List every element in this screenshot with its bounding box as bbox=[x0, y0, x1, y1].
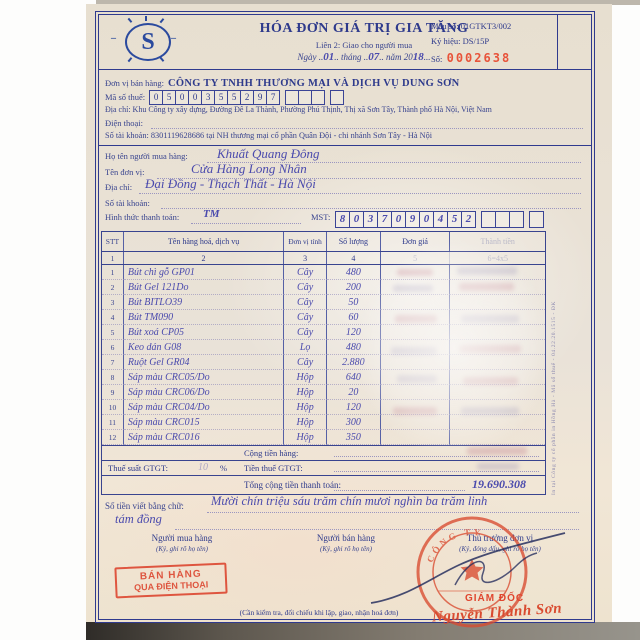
logo-ray bbox=[160, 57, 164, 62]
row-qty: 480 bbox=[327, 265, 381, 280]
tax-digit-empty bbox=[311, 90, 325, 105]
table-row: 9 Sáp màu CRC06/Do Hộp 20 bbox=[102, 385, 545, 400]
date-year: 18 bbox=[413, 51, 424, 63]
logo-dash: – bbox=[111, 33, 116, 44]
seller-account: 8301119628686 tại NH thương mại cổ phần … bbox=[151, 131, 432, 140]
dotted-line bbox=[139, 193, 581, 194]
row-name: Bút chì gỗ GP01 bbox=[124, 265, 284, 280]
table-row: 1 Bút chì gỗ GP01 Cây 480 bbox=[102, 265, 545, 280]
row-amount bbox=[450, 340, 545, 355]
mst-digit: 0 bbox=[396, 213, 402, 225]
dotted-line bbox=[334, 456, 539, 457]
vat-rate-value: 10 bbox=[198, 462, 208, 473]
tax-digit: 3 bbox=[201, 90, 215, 105]
logo-dash: – bbox=[171, 33, 176, 44]
table-row: 12 Sáp màu CRC016 Hộp 350 bbox=[102, 430, 545, 445]
row-unit: Cây bbox=[284, 265, 327, 280]
col-num: 1 bbox=[102, 252, 124, 264]
total-value: 19.690.308 bbox=[472, 477, 526, 492]
tax-digit: 5 bbox=[214, 90, 228, 105]
date-day: 01 bbox=[323, 51, 334, 63]
buyer-address: Đại Đồng - Thạch Thất - Hà Nội bbox=[145, 176, 316, 192]
dotted-line bbox=[191, 223, 301, 224]
row-name: Bút BITLO39 bbox=[124, 295, 284, 310]
row-amount bbox=[450, 310, 545, 325]
vat-amount-label: Tiền thuế GTGT: bbox=[244, 463, 303, 473]
row-name: Bút Gel 121Do bbox=[124, 280, 284, 295]
seller-phone-label: Điện thoại: bbox=[105, 118, 143, 128]
photo-canvas: S – – HÓA ĐƠN GIÁ TRỊ GIA TĂNG Liên 2: G… bbox=[0, 0, 640, 640]
row-name: Sáp màu CRC016 bbox=[124, 430, 284, 445]
table-row: 3 Bút BITLO39 Cây 50 bbox=[102, 295, 545, 310]
percent-sign: % bbox=[220, 463, 227, 473]
form-label: Mẫu số: bbox=[431, 21, 459, 31]
vat-rate-label: Thuế suất GTGT: bbox=[108, 463, 168, 473]
row-amount bbox=[450, 295, 545, 310]
mst-digit: 0 bbox=[354, 213, 360, 225]
mst-digit-empty bbox=[495, 211, 510, 228]
mst-digit: 2 bbox=[466, 213, 472, 225]
row-stt: 7 bbox=[102, 355, 124, 370]
row-amount bbox=[450, 430, 545, 445]
row-name: Sáp màu CRC015 bbox=[124, 415, 284, 430]
row-price bbox=[381, 295, 451, 310]
buyer-mst-label: MST: bbox=[311, 212, 330, 222]
row-stt: 8 bbox=[102, 370, 124, 385]
row-price bbox=[381, 370, 451, 385]
row-unit: Hộp bbox=[284, 400, 327, 415]
row-stt: 10 bbox=[102, 400, 124, 415]
serial-number: Ký hiệu: DS/15P bbox=[431, 36, 489, 46]
form-value: 01GTKT3/002 bbox=[461, 21, 512, 31]
row-price bbox=[381, 340, 451, 355]
row-stt: 1 bbox=[102, 265, 124, 280]
date-word: năm 20 bbox=[386, 52, 413, 62]
row-qty: 2.880 bbox=[327, 355, 381, 370]
row-amount bbox=[450, 325, 545, 340]
items-table: STT Tên hàng hoá, dịch vụ Đơn vị tính Số… bbox=[101, 231, 546, 495]
row-name: Sáp màu CRC04/Do bbox=[124, 400, 284, 415]
invoice-number-value: 0002638 bbox=[447, 51, 512, 65]
seller-account-line: Số tài khoản: 8301119628686 tại NH thươn… bbox=[105, 131, 432, 140]
col-num: 6=4x5 bbox=[450, 252, 545, 264]
row-unit: Hộp bbox=[284, 385, 327, 400]
row-amount bbox=[450, 415, 545, 430]
logo-ray bbox=[160, 18, 164, 23]
row-name: Bút xoá CP05 bbox=[124, 325, 284, 340]
row-unit: Cây bbox=[284, 280, 327, 295]
dotted-line bbox=[151, 128, 583, 129]
row-name: Keo dán G08 bbox=[124, 340, 284, 355]
row-unit: Cây bbox=[284, 325, 327, 340]
date-word: tháng bbox=[341, 52, 362, 62]
seller-address-line: Địa chỉ: Khu Công ty xây dựng, Đường Đê … bbox=[105, 105, 492, 114]
payment-method: TM bbox=[203, 208, 220, 220]
col-num: 3 bbox=[284, 252, 327, 264]
seller-tax-line: Mã số thuế: 0 5 0 0 3 5 5 2 9 7 bbox=[105, 87, 343, 105]
header-divider bbox=[557, 15, 558, 69]
printer-info-vertical-text: In tại Công ty cổ phần in Hồng Hà - Mã s… bbox=[551, 133, 557, 495]
tax-digit: 0 bbox=[149, 90, 163, 105]
buyer-unit: Cửa Hàng Long Nhân bbox=[191, 161, 307, 177]
subtotal-label: Cộng tiền hàng: bbox=[244, 448, 298, 458]
row-name: Bút TM090 bbox=[124, 310, 284, 325]
row-unit: Cây bbox=[284, 355, 327, 370]
total-label: Tổng cộng tiền thanh toán: bbox=[244, 480, 341, 490]
table-header-row: STT Tên hàng hoá, dịch vụ Đơn vị tính Số… bbox=[102, 232, 545, 252]
seller-rule bbox=[99, 145, 591, 146]
col-header-qty: Số lượng bbox=[327, 232, 381, 251]
seller-account-label: Số tài khoản: bbox=[105, 131, 149, 140]
row-qty: 480 bbox=[327, 340, 381, 355]
tax-digit-empty bbox=[330, 90, 344, 105]
payment-method-label: Hình thức thanh toán: bbox=[105, 212, 179, 222]
col-header-stt: STT bbox=[102, 232, 124, 251]
buyer-signature-sub: (Ký, ghi rõ họ tên) bbox=[127, 545, 237, 553]
logo-s-icon: S bbox=[125, 23, 171, 61]
row-stt: 6 bbox=[102, 340, 124, 355]
row-amount bbox=[450, 265, 545, 280]
row-qty: 60 bbox=[327, 310, 381, 325]
row-stt: 2 bbox=[102, 280, 124, 295]
director-role: GIÁM ĐỐC bbox=[465, 593, 524, 604]
footer-note: (Cần kiểm tra, đối chiếu khi lập, giao, … bbox=[179, 608, 459, 617]
buyer-name-label: Họ tên người mua hàng: bbox=[105, 151, 188, 161]
mst-digit-empty bbox=[509, 211, 524, 228]
mst-digit: 9 bbox=[410, 213, 416, 225]
row-price bbox=[381, 280, 451, 295]
row-price bbox=[381, 430, 451, 445]
table-row: 11 Sáp màu CRC015 Hộp 300 bbox=[102, 415, 545, 430]
date-month: 07 bbox=[368, 51, 379, 63]
header-rule bbox=[99, 69, 591, 70]
buyer-mst-boxes: 8 0 3 7 0 9 0 4 5 2 bbox=[335, 209, 543, 228]
tax-digit: 2 bbox=[240, 90, 254, 105]
subtotal-row: Cộng tiền hàng: bbox=[102, 445, 545, 460]
table-row: 8 Sáp màu CRC05/Do Hộp 640 bbox=[102, 370, 545, 385]
tax-digit: 7 bbox=[266, 90, 280, 105]
row-qty: 300 bbox=[327, 415, 381, 430]
seller-address: Khu Công ty xây dựng, Đường Đê La Thành,… bbox=[133, 105, 492, 114]
row-name: Sáp màu CRC05/Do bbox=[124, 370, 284, 385]
row-stt: 5 bbox=[102, 325, 124, 340]
row-amount bbox=[450, 370, 545, 385]
row-qty: 350 bbox=[327, 430, 381, 445]
buyer-unit-label: Tên đơn vị: bbox=[105, 167, 144, 177]
row-stt: 4 bbox=[102, 310, 124, 325]
row-unit: Cây bbox=[284, 310, 327, 325]
row-price bbox=[381, 355, 451, 370]
mst-digit-empty bbox=[529, 211, 544, 228]
table-row: 7 Ruột Gel GR04 Cây 2.880 bbox=[102, 355, 545, 370]
row-price bbox=[381, 325, 451, 340]
row-price bbox=[381, 400, 451, 415]
col-header-amount: Thành tiền bbox=[450, 232, 545, 251]
col-header-price: Đơn giá bbox=[381, 232, 451, 251]
row-qty: 120 bbox=[327, 325, 381, 340]
tax-digit: 5 bbox=[162, 90, 176, 105]
seller-tax-boxes: 0 5 0 0 3 5 5 2 9 7 bbox=[149, 90, 343, 105]
seller-phone-line: Điện thoại: bbox=[105, 118, 143, 128]
mst-digit: 4 bbox=[438, 213, 444, 225]
serial-label: Ký hiệu: bbox=[431, 36, 461, 46]
logo-ray bbox=[145, 16, 147, 21]
row-name: Sáp màu CRC06/Do bbox=[124, 385, 284, 400]
col-num: 5 bbox=[381, 252, 451, 264]
mst-digit: 0 bbox=[424, 213, 430, 225]
table-row: 10 Sáp màu CRC04/Do Hộp 120 bbox=[102, 400, 545, 415]
row-amount bbox=[450, 280, 545, 295]
row-unit: Hộp bbox=[284, 415, 327, 430]
row-price bbox=[381, 385, 451, 400]
row-amount bbox=[450, 385, 545, 400]
col-num: 2 bbox=[124, 252, 284, 264]
invoice-border: S – – HÓA ĐƠN GIÁ TRỊ GIA TĂNG Liên 2: G… bbox=[98, 14, 592, 620]
row-stt: 3 bbox=[102, 295, 124, 310]
logo-ray bbox=[128, 18, 132, 23]
col-num: 4 bbox=[327, 252, 381, 264]
row-unit: Lọ bbox=[284, 340, 327, 355]
row-stt: 9 bbox=[102, 385, 124, 400]
logo-ray bbox=[128, 57, 132, 62]
row-stt: 11 bbox=[102, 415, 124, 430]
row-name: Ruột Gel GR04 bbox=[124, 355, 284, 370]
amount-words-label: Số tiền viết bằng chữ: bbox=[105, 501, 184, 511]
table-colnum-row: 1 2 3 4 5 6=4x5 bbox=[102, 252, 545, 265]
vat-row: Thuế suất GTGT: 10 % Tiền thuế GTGT: bbox=[102, 460, 545, 475]
mst-digit: 5 bbox=[452, 213, 458, 225]
invoice-paper: S – – HÓA ĐƠN GIÁ TRỊ GIA TĂNG Liên 2: G… bbox=[86, 4, 612, 622]
tax-digit: 9 bbox=[253, 90, 267, 105]
mst-digit: 3 bbox=[368, 213, 374, 225]
buyer-signature-title: Người mua hàng bbox=[127, 533, 237, 543]
row-amount bbox=[450, 400, 545, 415]
row-qty: 20 bbox=[327, 385, 381, 400]
date-word: Ngày bbox=[297, 52, 316, 62]
total-row: Tổng cộng tiền thanh toán: 19.690.308 bbox=[102, 475, 545, 494]
row-qty: 50 bbox=[327, 295, 381, 310]
table-row: 2 Bút Gel 121Do Cây 200 bbox=[102, 280, 545, 295]
row-amount bbox=[450, 355, 545, 370]
buyer-name: Khuất Quang Đông bbox=[217, 146, 320, 162]
row-stt: 12 bbox=[102, 430, 124, 445]
tax-digit-empty bbox=[298, 90, 312, 105]
dotted-line bbox=[334, 471, 539, 472]
buyer-address-label: Địa chỉ: bbox=[105, 182, 132, 192]
tax-digit: 0 bbox=[175, 90, 189, 105]
table-row: 5 Bút xoá CP05 Cây 120 bbox=[102, 325, 545, 340]
row-price bbox=[381, 265, 451, 280]
seller-address-label: Địa chỉ: bbox=[105, 105, 131, 114]
row-price bbox=[381, 310, 451, 325]
tax-digit-empty bbox=[285, 90, 299, 105]
mst-digit-empty bbox=[481, 211, 496, 228]
seller-tax-label: Mã số thuế: bbox=[105, 92, 145, 102]
amount-words-line2: tám đồng bbox=[115, 512, 162, 527]
row-price bbox=[381, 415, 451, 430]
serial-value: DS/15P bbox=[463, 36, 489, 46]
invoice-number-label: Số: bbox=[431, 54, 442, 64]
row-unit: Hộp bbox=[284, 370, 327, 385]
mst-digit: 7 bbox=[382, 213, 388, 225]
row-unit: Cây bbox=[284, 295, 327, 310]
buyer-account-label: Số tài khoản: bbox=[105, 198, 150, 208]
table-surface-edge bbox=[86, 622, 640, 640]
form-number: Mẫu số: 01GTKT3/002 bbox=[431, 21, 511, 31]
phone-sale-stamp: BÁN HÀNG QUA ĐIỆN THOẠI bbox=[114, 563, 227, 599]
table-row: 6 Keo dán G08 Lọ 480 bbox=[102, 340, 545, 355]
row-qty: 640 bbox=[327, 370, 381, 385]
invoice-number: Số: 0002638 bbox=[431, 51, 511, 65]
col-header-unit: Đơn vị tính bbox=[284, 232, 327, 251]
dotted-line bbox=[334, 490, 465, 491]
amount-words-line1: Mười chín triệu sáu trăm chín mươi nghìn… bbox=[211, 494, 487, 509]
mst-digit: 8 bbox=[340, 213, 346, 225]
col-header-name: Tên hàng hoá, dịch vụ bbox=[124, 232, 284, 251]
row-unit: Hộp bbox=[284, 430, 327, 445]
table-row: 4 Bút TM090 Cây 60 bbox=[102, 310, 545, 325]
row-qty: 200 bbox=[327, 280, 381, 295]
tax-digit: 5 bbox=[227, 90, 241, 105]
tax-digit: 0 bbox=[188, 90, 202, 105]
row-qty: 120 bbox=[327, 400, 381, 415]
